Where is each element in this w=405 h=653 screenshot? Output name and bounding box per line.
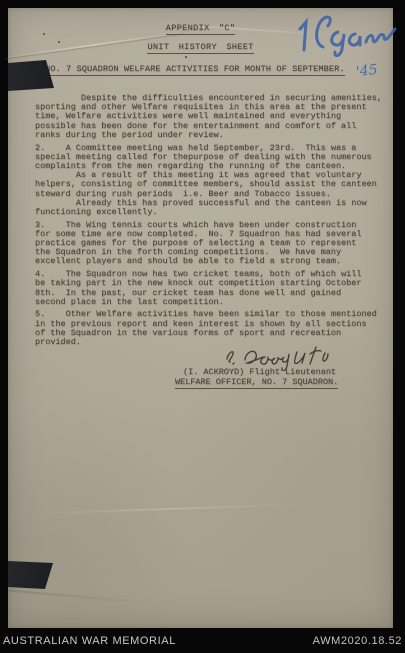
- document-title: NO. 7 SQUADRON WELFARE ACTIVITIES FOR MO…: [45, 64, 345, 74]
- paragraph-3: 3. The Wing tennis courts which have bee…: [35, 221, 387, 267]
- archive-photo-backdrop: APPENDIX "C" UNIT HISTORY SHEET NO. 7 SQ…: [0, 0, 405, 653]
- appendix-heading: APPENDIX "C": [8, 23, 393, 33]
- tape-mark-bottom-left: [8, 558, 55, 591]
- paragraph-2: 2. A Committee meeting was held Septembe…: [35, 144, 387, 218]
- footer-reference-label: AWM2020.18.52: [313, 635, 402, 647]
- document-paper: APPENDIX "C" UNIT HISTORY SHEET NO. 7 SQ…: [8, 8, 393, 628]
- document-title-text: NO. 7 SQUADRON WELFARE ACTIVITIES FOR MO…: [45, 64, 345, 76]
- ink-speck: [43, 33, 45, 35]
- paper-crease: [8, 589, 158, 604]
- ink-speck: [185, 56, 187, 58]
- signatory-name: (I. ACKROYD) Flight Lieutenant: [183, 367, 336, 377]
- paper-crease: [38, 503, 298, 514]
- signatory-role: WELFARE OFFICER, NO. 7 SQUADRON.: [175, 377, 338, 387]
- signatory-role-text: WELFARE OFFICER, NO. 7 SQUADRON.: [175, 377, 338, 389]
- sheet-heading: UNIT HISTORY SHEET: [8, 42, 393, 52]
- sheet-heading-text: UNIT HISTORY SHEET: [147, 42, 253, 54]
- paragraph-4: 4. The Squadron now has two cricket team…: [35, 270, 387, 307]
- footer-institution-label: AUSTRALIAN WAR MEMORIAL: [3, 635, 176, 647]
- paragraph-1: Despite the difficulties encountered in …: [35, 94, 387, 140]
- year-annotation: '45: [355, 62, 378, 80]
- appendix-heading-text: APPENDIX "C": [166, 23, 236, 35]
- report-body: Despite the difficulties encountered in …: [35, 94, 387, 351]
